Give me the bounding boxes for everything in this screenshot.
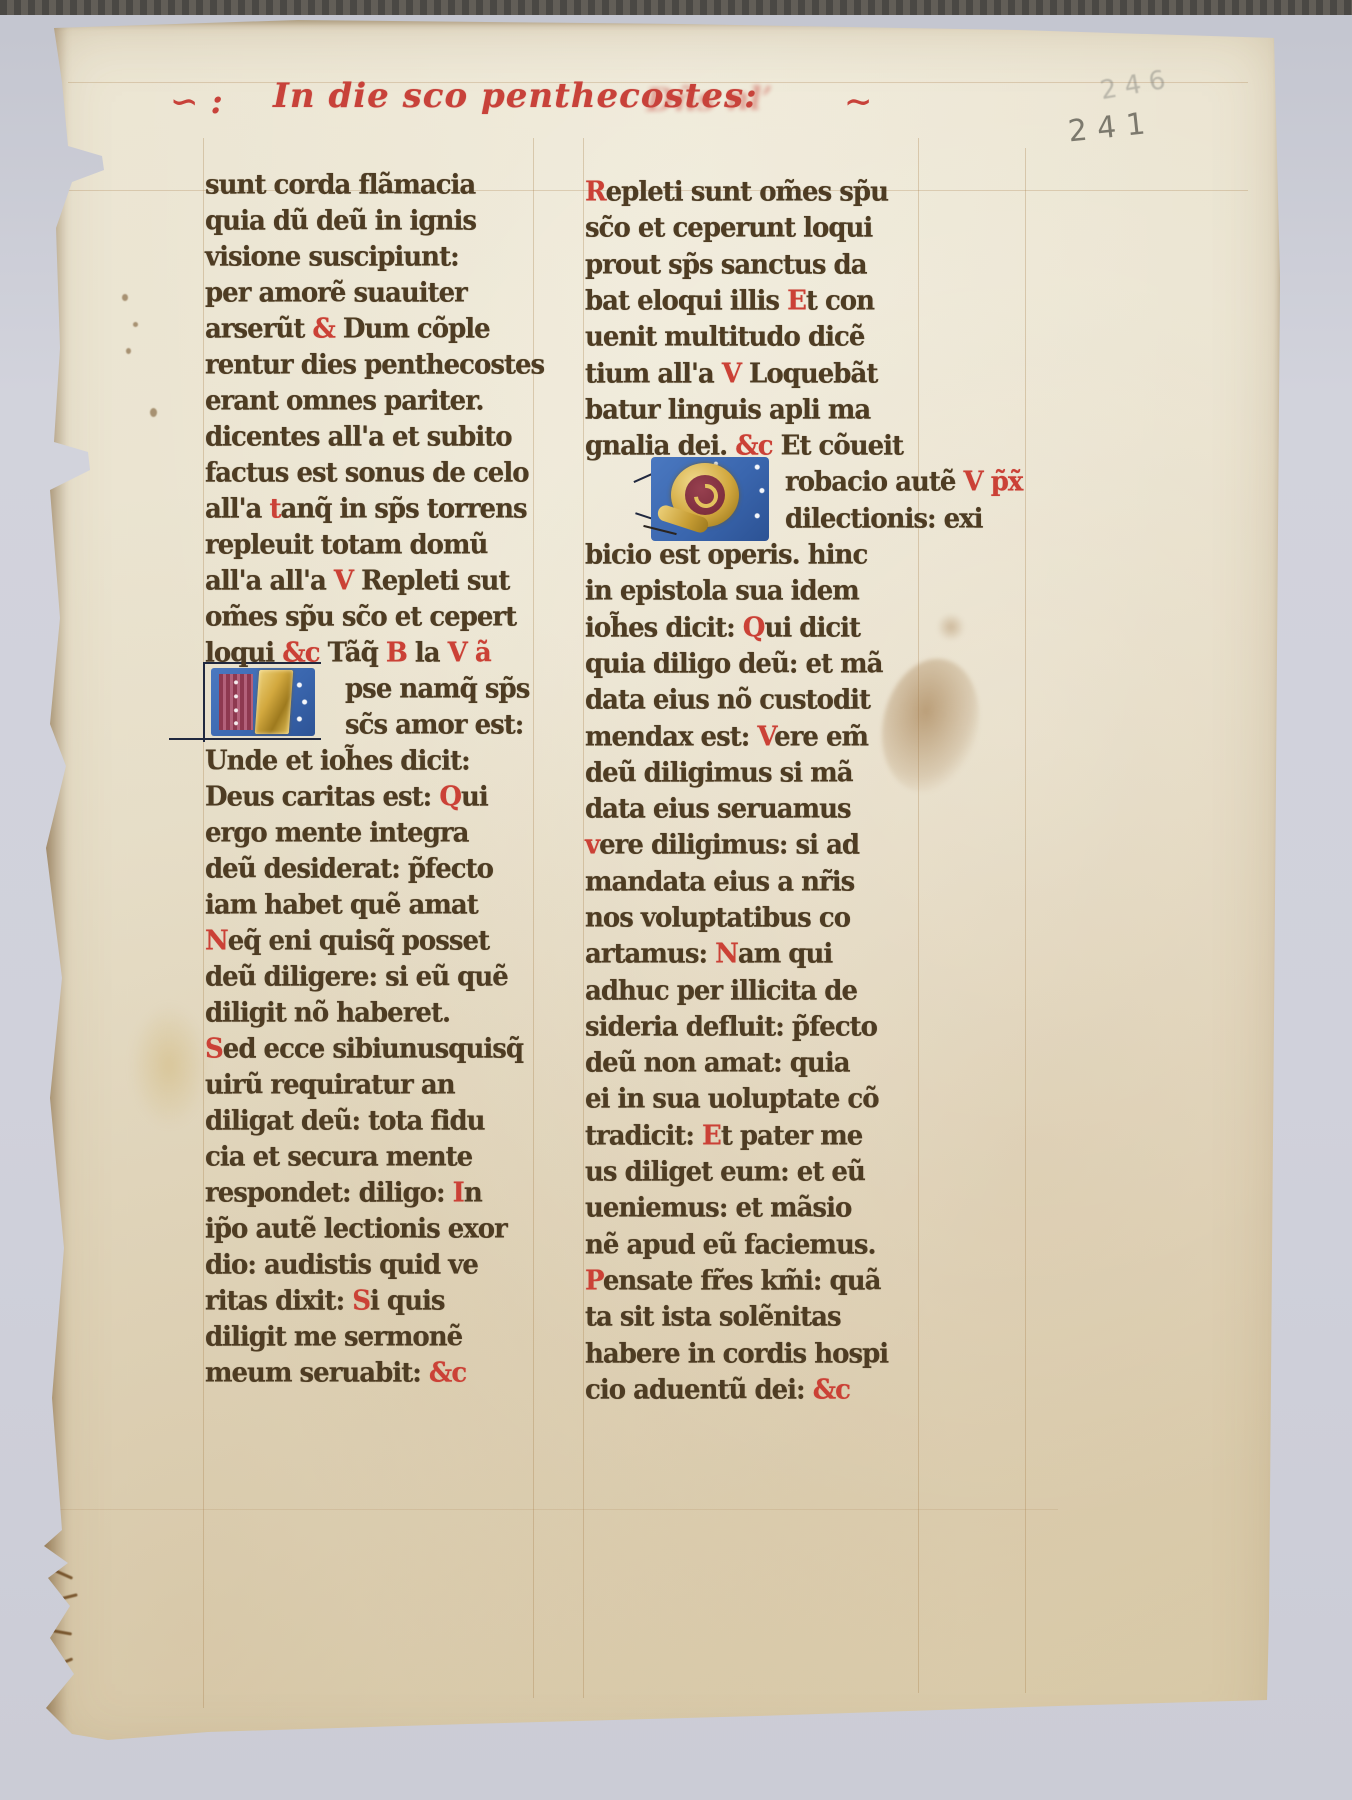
ink-text: tradicit: [585, 1120, 702, 1151]
ink-text: loqui [205, 637, 282, 668]
manuscript-text-line: batur linguis apli ma [585, 392, 870, 427]
manuscript-text-line: ergo mente integra [205, 815, 468, 850]
ink-text: dicentes all'a et subito [205, 421, 512, 452]
manuscript-text-line: ioh̃es dicit: Qui dicit [585, 610, 860, 645]
ink-text: ei in sua uoluptate cõ [585, 1083, 879, 1114]
manuscript-text-line: quia diligo deũ: et mã [585, 646, 882, 681]
manuscript-text-line: all'a all'a V Repleti sut [205, 563, 509, 598]
manuscript-text-line: bat eloqui illis Et con [585, 283, 874, 318]
ink-text: visione suscipiunt: [205, 241, 459, 272]
ink-text: dio: audistis quid ve [205, 1249, 478, 1280]
rubricated-text: E [702, 1120, 721, 1151]
right-edge-darkening [1276, 18, 1286, 1768]
ink-text: pse namq̃ sp̃s [345, 673, 529, 704]
ink-text: uenit multitudo dicẽ [585, 321, 864, 352]
ink-text: tium all'a [585, 358, 722, 389]
ink-text: erant omnes pariter. [205, 385, 484, 416]
rubricated-text: &c [282, 637, 327, 668]
ink-text: bicio est operis. hinc [585, 539, 867, 570]
ink-text: artamus: [585, 938, 715, 969]
rubricated-text: Q [743, 612, 765, 643]
rubricated-text: V ã [448, 637, 491, 668]
manuscript-text-line: uirũ requiratur an [205, 1067, 455, 1102]
ruling-line-vertical [1025, 148, 1026, 1693]
ink-text: t pater me [721, 1120, 862, 1151]
manuscript-text-line: ueniemus: et mãsio [585, 1190, 851, 1225]
ink-text: sideria defluit: p̃fecto [585, 1011, 877, 1042]
manuscript-text-line: data eius seruamus [585, 791, 851, 826]
manuscript-text-line: nos voluptatibus co [585, 900, 850, 935]
manuscript-text-line: in epistola sua idem [585, 573, 859, 608]
ink-text: in epistola sua idem [585, 575, 859, 606]
initial-maroon-counter [685, 475, 725, 515]
rubricated-text: E [787, 285, 806, 316]
manuscript-text-line: visione suscipiunt: [205, 239, 459, 274]
manuscript-text-line: diligit nõ haberet. [205, 995, 450, 1030]
manuscript-text-line: om̃es sp̃u sc̃o et cepert [205, 599, 516, 634]
ink-text: sunt corda flãmacia [205, 169, 475, 200]
manuscript-text-line: dio: audistis quid ve [205, 1247, 478, 1282]
manuscript-text-line: erant omnes pariter. [205, 383, 484, 418]
ink-text: Tãq̃ [328, 637, 386, 668]
manuscript-text-line: gnalia dei. &c Et cõueit [585, 428, 903, 463]
ink-text: repleuit totam domũ [205, 529, 487, 560]
pencil-folio-number-faint: 246 [1098, 64, 1176, 106]
ink-spot [133, 322, 138, 327]
ink-text: diligit me sermonẽ [205, 1321, 462, 1352]
manuscript-text-line: mendax est: Vere em̃ [585, 719, 868, 754]
ink-text: quia diligo deũ: et mã [585, 648, 882, 679]
parchment-fiber [42, 1627, 72, 1635]
manuscript-text-line: rentur dies penthecostes [205, 347, 544, 382]
ink-text: all'a [205, 493, 269, 524]
manuscript-text-line: tium all'a V Loquebãt [585, 356, 877, 391]
ink-text: ui dicit [764, 612, 860, 643]
ruling-line-horizontal [58, 1509, 1058, 1510]
manuscript-text-line: deũ diligere: si eũ quẽ [205, 959, 508, 994]
ink-text: data eius nõ custodit [585, 684, 870, 715]
manuscript-text-line: mandata eius a nr̃is [585, 864, 854, 899]
rubricated-text: Q [439, 781, 461, 812]
penwork-frame [633, 473, 652, 483]
parchment-fiber [39, 1657, 74, 1673]
manuscript-text-line: deũ non amat: quia [585, 1045, 850, 1080]
manuscript-text-line: diligit me sermonẽ [205, 1319, 462, 1354]
manuscript-text-line: dilectionis: exi [785, 501, 983, 536]
ink-text: Dum cõple [343, 313, 490, 344]
ink-text: meum seruabit: [205, 1357, 429, 1388]
ink-text: cia et secura mente [205, 1141, 472, 1172]
ink-text: adhuc per illicita de [585, 975, 857, 1006]
rubricated-text: &c [813, 1374, 850, 1405]
manuscript-text-line: sc̃o et ceperunt loqui [585, 210, 872, 245]
table-edge-strip [0, 0, 1352, 15]
initial-gold-letter-body [255, 670, 293, 734]
ink-text: ueniemus: et mãsio [585, 1192, 851, 1223]
ink-text: dilectionis: exi [785, 503, 983, 534]
rubricated-text: &c [429, 1357, 466, 1388]
ink-text: respondet: diligo: [205, 1177, 453, 1208]
ink-text: batur linguis apli ma [585, 394, 870, 425]
rubricated-text: V [722, 358, 749, 389]
rubricated-text: & [304, 313, 343, 344]
rubricated-text: N [205, 925, 228, 956]
ink-text: habere in cordis hospi [585, 1338, 888, 1369]
manuscript-text-line: uenit multitudo dicẽ [585, 319, 864, 354]
ink-text: t con [806, 285, 874, 316]
rubric-offset-ghost: Dñs nl’ [646, 79, 773, 119]
ink-text: nos voluptatibus co [585, 902, 850, 933]
manuscript-text-line: Repleti sunt om̃es sp̃u [585, 174, 888, 209]
ink-text: data eius seruamus [585, 793, 851, 824]
rubric-flourish-right: ∼ [844, 82, 873, 122]
ink-text: sc̃s amor est: [345, 709, 523, 740]
ink-text: n [464, 1177, 482, 1208]
ink-text: deũ diligere: si eũ quẽ [205, 961, 508, 992]
manuscript-text-line: artamus: Nam qui [585, 936, 832, 971]
ink-text: Unde et ioh̃es dicit: [205, 745, 470, 776]
ink-spot [150, 408, 157, 417]
ink-text: deũ diligimus si mã [585, 757, 853, 788]
initial-maroon-panel [219, 674, 253, 730]
yellow-stain [130, 1003, 208, 1128]
manuscript-text-line: loqui &c Tãq̃ B la V ã [205, 635, 491, 670]
manuscript-text-line: Pensate fr̃es km̃i: quã [585, 1263, 881, 1298]
manuscript-text-line: per amorẽ suauiter [205, 275, 467, 310]
ink-text: factus est sonus de celo [205, 457, 529, 488]
ink-text: ere em̃ [774, 721, 868, 752]
photograph-of-manuscript-leaf: ∽ : In die sco penthecostes: Dñs nl’ ∼ … [0, 0, 1352, 1800]
manuscript-text-line: iam habet quẽ amat [205, 887, 478, 922]
ink-text: la [415, 637, 448, 668]
ink-text: i quis [370, 1285, 445, 1316]
manuscript-text-line: ta sit ista solẽnitas [585, 1299, 841, 1334]
manuscript-text-line: factus est sonus de celo [205, 455, 529, 490]
rubricated-text: I [453, 1177, 464, 1208]
parchment-fiber [41, 1563, 73, 1580]
ink-text: epleti sunt om̃es sp̃u [606, 176, 888, 207]
ink-text: mendax est: [585, 721, 757, 752]
rubricated-text: S [352, 1285, 370, 1316]
ink-text: prout sp̃s sanctus da [585, 249, 867, 280]
illuminated-initial-P [649, 455, 771, 543]
ink-text: deũ non amat: quia [585, 1047, 850, 1078]
manuscript-text-line: deũ diligimus si mã [585, 755, 853, 790]
manuscript-text-line: data eius nõ custodit [585, 682, 870, 717]
ink-text: ioh̃es dicit: [585, 612, 743, 643]
manuscript-text-line: ei in sua uoluptate cõ [585, 1081, 879, 1116]
manuscript-text-line: adhuc per illicita de [585, 973, 857, 1008]
manuscript-text-line: us diliget eum: et eũ [585, 1154, 865, 1189]
rubricated-text: S [205, 1033, 223, 1064]
manuscript-text-line: ip̃o autẽ lectionis exor [205, 1211, 507, 1246]
manuscript-text-line: sc̃s amor est: [345, 707, 523, 742]
ink-text: quia dũ deũ in ignis [205, 205, 476, 236]
rubricated-text: &c [735, 430, 780, 461]
manuscript-text-line: nẽ apud eũ faciemus. [585, 1227, 876, 1262]
initial-gold-spiral [689, 479, 723, 513]
top-edge-darkening [38, 18, 1286, 27]
manuscript-text-line: repleuit totam domũ [205, 527, 487, 562]
manuscript-text-line: Sed ecce sibiunusquisq̃ [205, 1031, 523, 1066]
ink-text: ed ecce sibiunusquisq̃ [223, 1033, 523, 1064]
manuscript-text-line: ritas dixit: Si quis [205, 1283, 445, 1318]
ink-text: diligat deũ: tota fidu [205, 1105, 485, 1136]
left-edge-darkening [38, 18, 68, 1768]
manuscript-text-line: cio aduentũ dei: &c [585, 1372, 850, 1407]
ink-text: ere diligimus: si ad [599, 829, 859, 860]
brown-stain-small [936, 614, 966, 640]
manuscript-text-line: Neq̃ eni quisq̃ posset [205, 923, 489, 958]
ruling-line-vertical [918, 138, 919, 1693]
ink-text: ensate fr̃es km̃i: quã [603, 1265, 881, 1296]
ink-text: ui [461, 781, 488, 812]
rubricated-text: V [757, 721, 774, 752]
rubricated-text: R [585, 176, 606, 207]
parchment-fiber [38, 1593, 78, 1606]
ink-text: uirũ requiratur an [205, 1069, 455, 1100]
rubricated-text: v [585, 829, 599, 860]
illuminated-initial-I [207, 664, 319, 742]
ink-text: robacio autẽ [785, 466, 964, 497]
manuscript-text-line: habere in cordis hospi [585, 1336, 888, 1371]
ink-text: rentur dies penthecostes [205, 349, 544, 380]
manuscript-text-line: vere diligimus: si ad [585, 827, 859, 862]
manuscript-text-line: prout sp̃s sanctus da [585, 247, 867, 282]
rubricated-text: P [585, 1265, 603, 1296]
rubricated-text: N [715, 938, 738, 969]
ink-text: bat eloqui illis [585, 285, 787, 316]
rubricated-text: V p̃x̃ [964, 466, 1023, 497]
ink-text: ritas dixit: [205, 1285, 352, 1316]
ink-text: arserũt [205, 313, 304, 344]
manuscript-text-line: robacio autẽ V p̃x̃ [785, 464, 1022, 499]
manuscript-leaf: ∽ : In die sco penthecostes: Dñs nl’ ∼ … [38, 18, 1286, 1768]
manuscript-text-line: cia et secura mente [205, 1139, 472, 1174]
rubric-flourish-left: ∽ : [170, 82, 223, 122]
manuscript-text-line: quia dũ deũ in ignis [205, 203, 476, 238]
manuscript-text-line: arserũt & Dum cõple [205, 311, 490, 346]
penwork-extender [169, 738, 321, 740]
ink-text: diligit nõ haberet. [205, 997, 450, 1028]
ink-text: nẽ apud eũ faciemus. [585, 1229, 876, 1260]
pencil-folio-number: 241 [1066, 106, 1156, 150]
ink-spot [126, 348, 131, 354]
bottom-edge-darkening [38, 1746, 1286, 1768]
ink-text: ta sit ista solẽnitas [585, 1301, 841, 1332]
manuscript-text-line: sunt corda flãmacia [205, 167, 475, 202]
manuscript-text-line: tradicit: Et pater me [585, 1118, 862, 1153]
ruling-line-vertical [203, 138, 204, 1708]
ink-text: ergo mente integra [205, 817, 468, 848]
rubricated-text: B [386, 637, 415, 668]
penwork-frame [203, 662, 205, 742]
ink-text: om̃es sp̃u sc̃o et cepert [205, 601, 516, 632]
ink-text: Loquebãt [749, 358, 877, 389]
ink-spot [122, 294, 128, 301]
rubricated-text: V [334, 565, 361, 596]
manuscript-text-line: dicentes all'a et subito [205, 419, 512, 454]
manuscript-text-line: sideria defluit: p̃fecto [585, 1009, 877, 1044]
manuscript-text-line: Deus caritas est: Qui [205, 779, 488, 814]
manuscript-text-line: meum seruabit: &c [205, 1355, 466, 1390]
ink-text: gnalia dei. [585, 430, 735, 461]
ink-text: sc̃o et ceperunt loqui [585, 212, 872, 243]
ink-text: Et cõueit [781, 430, 903, 461]
manuscript-text-line: bicio est operis. hinc [585, 537, 867, 572]
ink-text: Repleti sut [361, 565, 509, 596]
ink-text: per amorẽ suauiter [205, 277, 467, 308]
ink-text: Deus caritas est: [205, 781, 439, 812]
ink-text: iam habet quẽ amat [205, 889, 478, 920]
manuscript-text-line: deũ desiderat: p̃fecto [205, 851, 493, 886]
ink-text: deũ desiderat: p̃fecto [205, 853, 493, 884]
manuscript-text-line: Unde et ioh̃es dicit: [205, 743, 470, 778]
ink-text: eq̃ eni quisq̃ posset [228, 925, 489, 956]
ink-text: ip̃o autẽ lectionis exor [205, 1213, 507, 1244]
manuscript-text-line: diligat deũ: tota fidu [205, 1103, 485, 1138]
manuscript-text-line: all'a tanq̃ in sp̃s torrens [205, 491, 527, 526]
rubricated-text: t [269, 493, 280, 524]
ink-text: am qui [738, 938, 832, 969]
manuscript-text-line: pse namq̃ sp̃s [345, 671, 529, 706]
ink-text: mandata eius a nr̃is [585, 866, 854, 897]
ink-text: anq̃ in sp̃s torrens [280, 493, 526, 524]
brown-stain [870, 650, 991, 802]
ink-text: us diliget eum: et eũ [585, 1156, 865, 1187]
manuscript-text-line: respondet: diligo: In [205, 1175, 482, 1210]
ink-text: all'a all'a [205, 565, 334, 596]
ruling-line-vertical [583, 138, 584, 1698]
ink-text: cio aduentũ dei: [585, 1374, 813, 1405]
